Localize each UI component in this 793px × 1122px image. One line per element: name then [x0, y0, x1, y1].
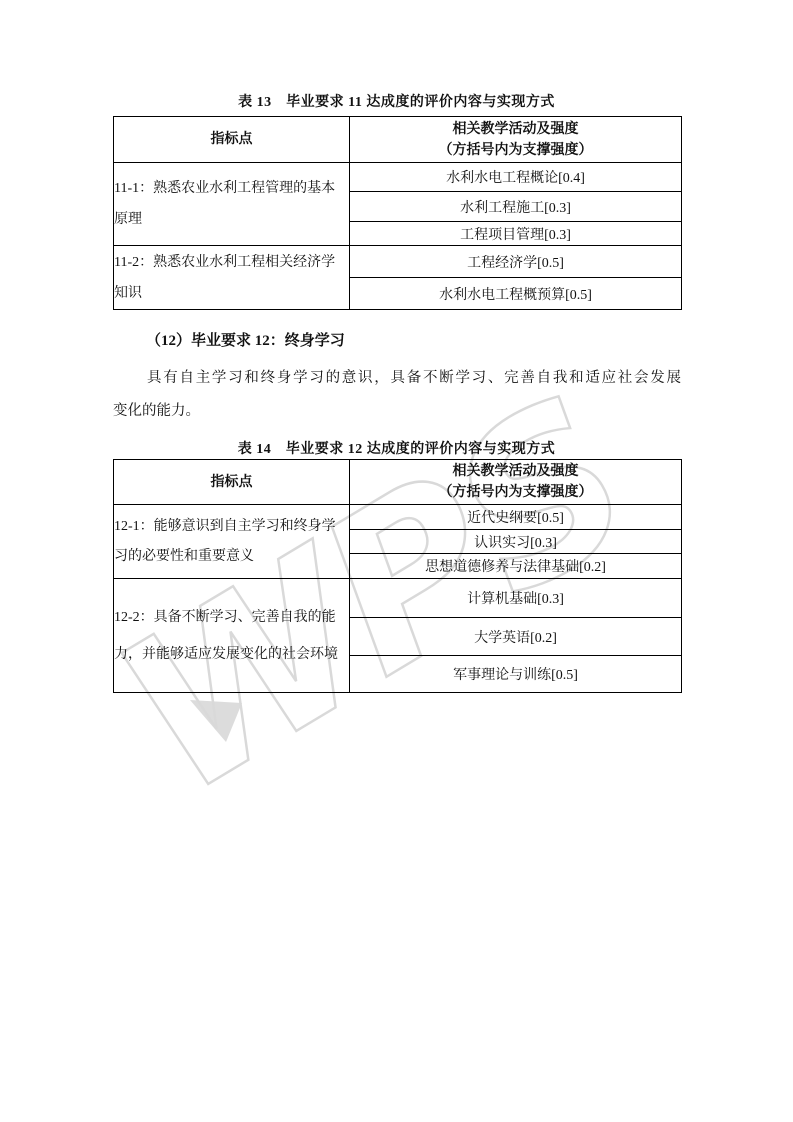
activity-cell: 军事理论与训练[0.5]	[350, 656, 682, 693]
table-row: 12-2：具备不断学习、完善自我的能 力，并能够适应发展变化的社会环境 计算机基…	[114, 579, 682, 618]
table13-indicator-11-1: 11-1：熟悉农业水利工程管理的基本 原理	[114, 163, 350, 246]
table13: 指标点 相关教学活动及强度 （方括号内为支撑强度） 11-1：熟悉农业水利工程管…	[113, 116, 682, 310]
table13-header-indicator: 指标点	[114, 117, 350, 163]
table14-header-indicator: 指标点	[114, 460, 350, 505]
activity-cell: 水利水电工程概论[0.4]	[350, 163, 682, 192]
activity-cell: 计算机基础[0.3]	[350, 579, 682, 618]
table14: 指标点 相关教学活动及强度 （方括号内为支撑强度） 12-1：能够意识到自主学习…	[113, 459, 682, 693]
table13-header-activities: 相关教学活动及强度 （方括号内为支撑强度）	[350, 117, 682, 163]
activity-cell: 认识实习[0.3]	[350, 530, 682, 554]
table14-indicator-12-2: 12-2：具备不断学习、完善自我的能 力，并能够适应发展变化的社会环境	[114, 579, 350, 693]
table14-caption: 表 14 毕业要求 12 达成度的评价内容与实现方式	[0, 438, 793, 458]
activity-cell: 思想道德修养与法律基础[0.2]	[350, 554, 682, 579]
table14-header-activities-line1: 相关教学活动及强度	[350, 461, 681, 482]
activity-cell: 水利水电工程概预算[0.5]	[350, 278, 682, 310]
table14-header-activities: 相关教学活动及强度 （方括号内为支撑强度）	[350, 460, 682, 505]
indicator-line: 知识	[114, 278, 349, 309]
indicator-line: 12-2：具备不断学习、完善自我的能	[114, 599, 349, 636]
table-row: 11-1：熟悉农业水利工程管理的基本 原理 水利水电工程概论[0.4]	[114, 163, 682, 192]
activity-cell: 近代史纲要[0.5]	[350, 505, 682, 530]
indicator-line: 原理	[114, 204, 349, 235]
activity-cell: 工程项目管理[0.3]	[350, 222, 682, 246]
activity-cell: 大学英语[0.2]	[350, 618, 682, 656]
table13-indicator-11-2: 11-2：熟悉农业水利工程相关经济学 知识	[114, 246, 350, 310]
table14-indicator-12-1: 12-1：能够意识到自主学习和终身学 习的必要性和重要意义	[114, 505, 350, 579]
table-row: 11-2：熟悉农业水利工程相关经济学 知识 工程经济学[0.5]	[114, 246, 682, 278]
section-heading: （12）毕业要求 12：终身学习	[146, 329, 345, 350]
section-paragraph-line2: 变化的能力。	[113, 399, 200, 420]
indicator-line: 11-2：熟悉农业水利工程相关经济学	[114, 247, 349, 278]
table13-header-activities-line2: （方括号内为支撑强度）	[350, 140, 681, 161]
section-paragraph-line1: 具有自主学习和终身学习的意识，具备不断学习、完善自我和适应社会发展	[147, 366, 681, 387]
indicator-line: 力，并能够适应发展变化的社会环境	[114, 636, 349, 673]
activity-cell: 工程经济学[0.5]	[350, 246, 682, 278]
table14-header-activities-line2: （方括号内为支撑强度）	[350, 482, 681, 503]
table14-header-row: 指标点 相关教学活动及强度 （方括号内为支撑强度）	[114, 460, 682, 505]
table13-caption: 表 13 毕业要求 11 达成度的评价内容与实现方式	[0, 91, 793, 111]
activity-cell: 水利工程施工[0.3]	[350, 192, 682, 222]
table13-header-row: 指标点 相关教学活动及强度 （方括号内为支撑强度）	[114, 117, 682, 163]
indicator-line: 11-1：熟悉农业水利工程管理的基本	[114, 173, 349, 204]
table13-header-activities-line1: 相关教学活动及强度	[350, 119, 681, 140]
indicator-line: 习的必要性和重要意义	[114, 542, 349, 572]
table-row: 12-1：能够意识到自主学习和终身学 习的必要性和重要意义 近代史纲要[0.5]	[114, 505, 682, 530]
indicator-line: 12-1：能够意识到自主学习和终身学	[114, 512, 349, 542]
